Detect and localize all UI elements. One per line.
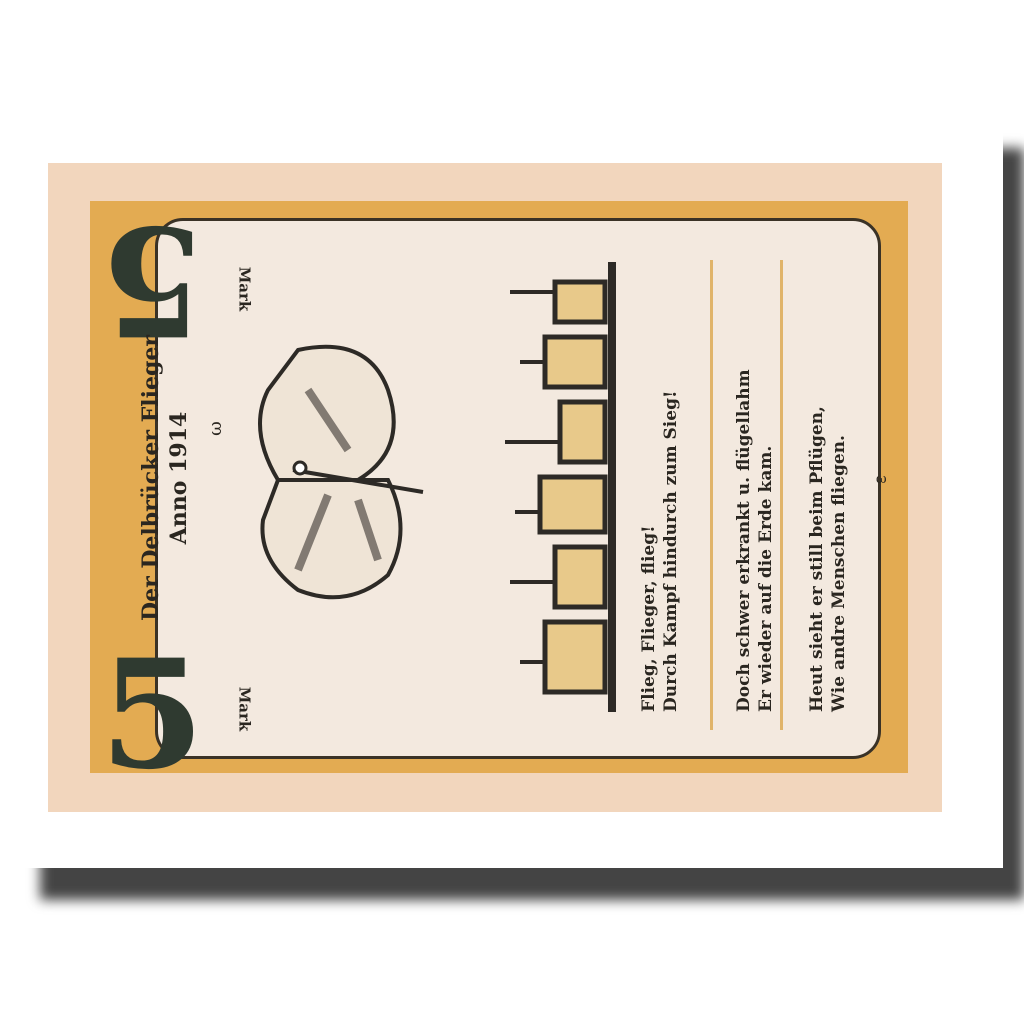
title-line-1: Der Delbrücker Flieger [137,328,165,628]
verse-2-line-2: Er wieder auf die Erde kam. [755,272,777,712]
balloon-illustration [238,330,428,610]
unit-label-top: Mark [235,267,253,312]
unit-label-bottom: Mark [235,687,253,732]
verse-1-line-1: Flieg, Flieger, flieg! [638,272,660,712]
verse-3-line-2: Wie andre Menschen fliegen. [828,272,850,712]
small-mark-icon: ω [205,421,226,436]
verse-3-line-1: Heut sieht er still beim Pflügen, [806,272,828,712]
signature-mark: ω [876,472,887,487]
title-line-2: Anno 1914 [165,328,193,628]
denomination-bottom: 5 [100,640,204,790]
verse-1: Flieg, Flieger, flieg! Durch Kampf hindu… [638,272,682,712]
verse-divider-1 [710,260,713,730]
verse-2: Doch schwer erkrankt u. flügellahm Er wi… [733,272,777,712]
note-title: Der Delbrücker Flieger Anno 1914 [137,328,193,628]
verse-3: Heut sieht er still beim Pflügen, Wie an… [806,272,850,712]
verse-divider-2 [780,260,783,730]
verse-2-line-1: Doch schwer erkrankt u. flügellahm [733,272,755,712]
verse-1-line-2: Durch Kampf hindurch zum Sieg! [660,272,682,712]
village-illustration [500,262,618,712]
